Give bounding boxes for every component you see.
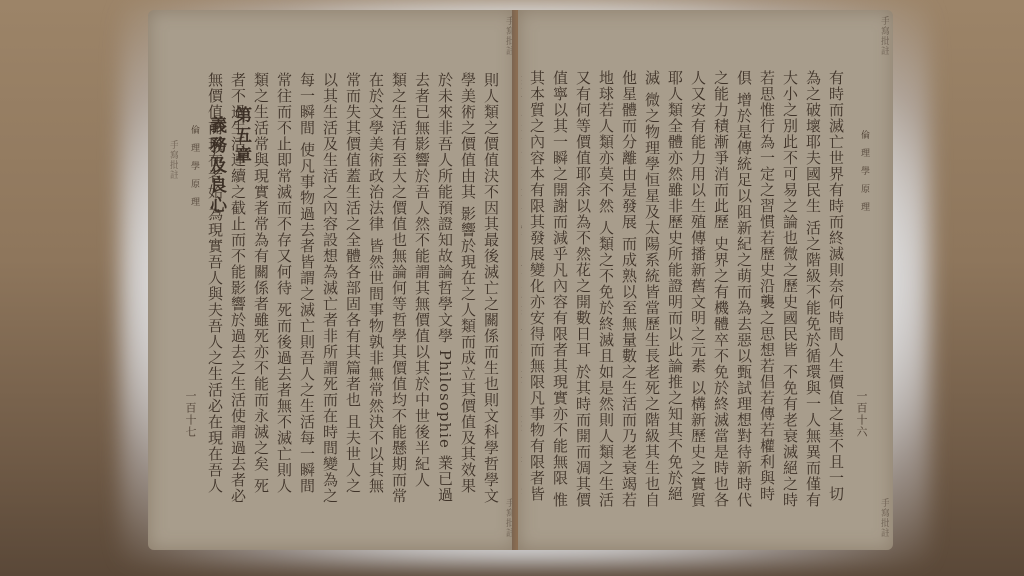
running-head: 倫理學原理 [858,130,871,220]
chapter-title: 義務及良心 [204,116,229,216]
page-number: 一百十六 [853,390,869,438]
chapter-number: 第五章 [231,106,251,166]
top-handwritten-annotations: 手寫批註 [529,16,889,74]
top-handwritten-annotations: 手寫批註 [154,16,514,72]
page-number: 一百十七 [182,390,198,438]
bottom-handwritten-annotations: 手寫批註 [529,498,889,548]
right-page-body: 有時而滅亡世界有時而終滅則奈何時間人生價值之基不且一切為之破壞耶夫國民生 活之階… [521,70,847,510]
open-book: 手寫批註 則人類之價值決不因其最後滅亡之關係而生也則文科學哲學文學美術之價值由其… [148,10,893,550]
chapter-heading: 第五章 義務及良心 [204,106,254,266]
bottom-handwritten-annotations: 手寫批註 [174,498,514,548]
left-page: 手寫批註 則人類之價值決不因其最後滅亡之關係而生也則文科學哲學文學美術之價值由其… [148,10,516,550]
right-page: 手寫批註 倫理學原理 一百十六 有時而滅亡世界有時而終滅則奈何時間人生價值之基不… [518,10,893,550]
side-handwritten-annotations: 手寫批註 [150,140,178,540]
running-head: 倫理學原理 [188,125,201,215]
